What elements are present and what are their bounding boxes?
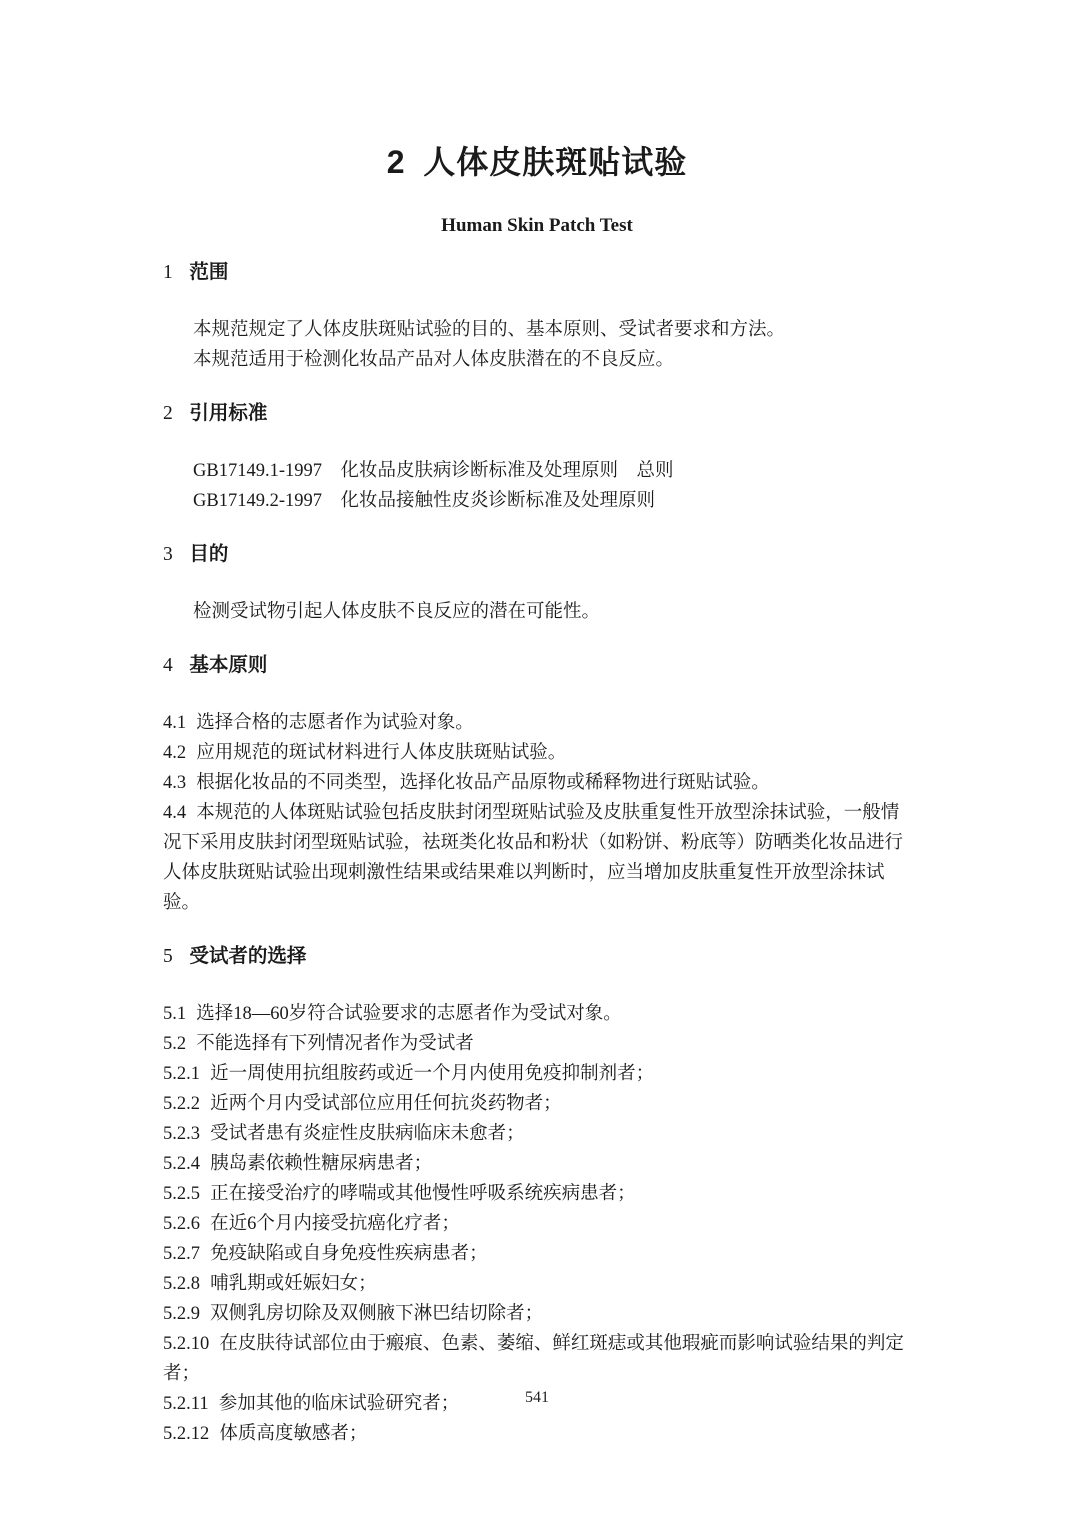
- section-number: 3: [163, 544, 173, 565]
- clause-text: 不能选择有下列情况者作为受试者: [196, 1034, 474, 1054]
- document-content: 2人体皮肤斑贴试验 Human Skin Patch Test 1范围 本规范规…: [0, 0, 1074, 1449]
- clause-number: 4.3: [163, 773, 186, 793]
- clause-4-3: 4.3根据化妆品的不同类型，选择化妆品产品原物或稀释物进行斑贴试验。: [163, 768, 911, 798]
- clause-number: 5.2.9: [163, 1304, 200, 1324]
- clause-text: 选择18—60岁符合试验要求的志愿者作为受试对象。: [196, 1004, 622, 1024]
- section-scope: 1范围 本规范规定了人体皮肤斑贴试验的目的、基本原则、受试者要求和方法。 本规范…: [163, 260, 911, 375]
- clause-number: 5.2.4: [163, 1154, 200, 1174]
- clause-number: 5.2.8: [163, 1274, 200, 1294]
- clause-text: 受试者患有炎症性皮肤病临床未愈者；: [210, 1124, 525, 1144]
- paragraph: 检测受试物引起人体皮肤不良反应的潜在可能性。: [163, 597, 911, 627]
- clause-5-2-10: 5.2.10在皮肤待试部位由于瘢痕、色素、萎缩、鲜红斑痣或其他瑕疵而影响试验结果…: [163, 1329, 911, 1389]
- document-title-number: 2: [387, 144, 406, 180]
- section-heading-text: 基本原则: [189, 654, 267, 676]
- clause-number: 5.2.7: [163, 1244, 200, 1264]
- clause-number: 5.2.12: [163, 1424, 209, 1444]
- clause-number: 5.2.3: [163, 1124, 200, 1144]
- section-references: 2引用标准 GB17149.1-1997 化妆品皮肤病诊断标准及处理原则 总则 …: [163, 401, 911, 516]
- section-4-heading: 4基本原则: [163, 653, 911, 678]
- clause-text: 哺乳期或妊娠妇女；: [210, 1274, 377, 1294]
- clause-text: 根据化妆品的不同类型，选择化妆品产品原物或稀释物进行斑贴试验。: [196, 773, 770, 793]
- clause-5-2-2: 5.2.2近两个月内受试部位应用任何抗炎药物者；: [163, 1089, 911, 1119]
- section-number: 2: [163, 403, 173, 424]
- clause-text: 在近6个月内接受抗癌化疗者；: [210, 1214, 460, 1234]
- clause-5-2-7: 5.2.7免疫缺陷或自身免疫性疾病患者；: [163, 1239, 911, 1269]
- section-3-heading: 3目的: [163, 542, 911, 567]
- clause-5-2-8: 5.2.8哺乳期或妊娠妇女；: [163, 1269, 911, 1299]
- clause-4-1: 4.1选择合格的志愿者作为试验对象。: [163, 708, 911, 738]
- clause-text: 本规范的人体斑贴试验包括皮肤封闭型斑贴试验及皮肤重复性开放型涂抹试验，一般情况下…: [163, 803, 903, 913]
- clause-5-1: 5.1选择18—60岁符合试验要求的志愿者作为受试对象。: [163, 999, 911, 1029]
- section-number: 1: [163, 262, 173, 283]
- page-number: 541: [0, 1388, 1074, 1408]
- section-1-heading: 1范围: [163, 260, 911, 285]
- section-heading-text: 目的: [189, 543, 228, 565]
- clause-number: 5.2.10: [163, 1334, 209, 1354]
- document-subtitle-english: Human Skin Patch Test: [163, 213, 911, 238]
- clause-5-2: 5.2不能选择有下列情况者作为受试者: [163, 1029, 911, 1059]
- clause-number: 5.2.5: [163, 1184, 200, 1204]
- clause-5-2-12: 5.2.12体质高度敏感者；: [163, 1419, 911, 1449]
- clause-5-2-1: 5.2.1近一周使用抗组胺药或近一个月内使用免疫抑制剂者；: [163, 1059, 911, 1089]
- clause-number: 5.2: [163, 1034, 186, 1054]
- section-subject-selection: 5受试者的选择 5.1选择18—60岁符合试验要求的志愿者作为受试对象。 5.2…: [163, 944, 911, 1449]
- clause-number: 5.2.2: [163, 1094, 200, 1114]
- clause-5-2-3: 5.2.3受试者患有炎症性皮肤病临床未愈者；: [163, 1119, 911, 1149]
- paragraph: 本规范适用于检测化妆品产品对人体皮肤潜在的不良反应。: [163, 345, 911, 375]
- clause-text: 近两个月内受试部位应用任何抗炎药物者；: [210, 1094, 562, 1114]
- clause-5-2-6: 5.2.6在近6个月内接受抗癌化疗者；: [163, 1209, 911, 1239]
- document-title: 2人体皮肤斑贴试验: [163, 143, 911, 181]
- section-5-heading: 5受试者的选择: [163, 944, 911, 969]
- reference-standard: GB17149.1-1997 化妆品皮肤病诊断标准及处理原则 总则: [163, 456, 911, 486]
- clause-number: 4.2: [163, 743, 186, 763]
- clause-5-2-5: 5.2.5正在接受治疗的哮喘或其他慢性呼吸系统疾病患者；: [163, 1179, 911, 1209]
- clause-text: 胰岛素依赖性糖尿病患者；: [210, 1154, 432, 1174]
- document-title-text: 人体皮肤斑贴试验: [423, 144, 687, 180]
- clause-text: 选择合格的志愿者作为试验对象。: [196, 713, 474, 733]
- clause-text: 免疫缺陷或自身免疫性疾病患者；: [210, 1244, 488, 1264]
- section-2-heading: 2引用标准: [163, 401, 911, 426]
- clause-number: 5.2.1: [163, 1064, 200, 1084]
- clause-text: 在皮肤待试部位由于瘢痕、色素、萎缩、鲜红斑痣或其他瑕疵而影响试验结果的判定者；: [163, 1334, 904, 1384]
- clause-number: 5.2.6: [163, 1214, 200, 1234]
- reference-standard: GB17149.2-1997 化妆品接触性皮炎诊断标准及处理原则: [163, 486, 911, 516]
- clause-text: 近一周使用抗组胺药或近一个月内使用免疫抑制剂者；: [210, 1064, 654, 1084]
- section-heading-text: 引用标准: [189, 402, 267, 424]
- section-heading-text: 受试者的选择: [189, 945, 306, 967]
- section-number: 5: [163, 946, 173, 967]
- document-page: 2人体皮肤斑贴试验 Human Skin Patch Test 1范围 本规范规…: [0, 0, 1074, 1520]
- section-purpose: 3目的 检测受试物引起人体皮肤不良反应的潜在可能性。: [163, 542, 911, 627]
- clause-text: 体质高度敏感者；: [219, 1424, 367, 1444]
- clause-4-4: 4.4本规范的人体斑贴试验包括皮肤封闭型斑贴试验及皮肤重复性开放型涂抹试验，一般…: [163, 798, 911, 918]
- section-number: 4: [163, 655, 173, 676]
- clause-5-2-4: 5.2.4胰岛素依赖性糖尿病患者；: [163, 1149, 911, 1179]
- paragraph: 本规范规定了人体皮肤斑贴试验的目的、基本原则、受试者要求和方法。: [163, 315, 911, 345]
- clause-number: 4.1: [163, 713, 186, 733]
- section-heading-text: 范围: [189, 261, 228, 283]
- clause-number: 4.4: [163, 803, 186, 823]
- clause-text: 正在接受治疗的哮喘或其他慢性呼吸系统疾病患者；: [210, 1184, 636, 1204]
- clause-text: 应用规范的斑试材料进行人体皮肤斑贴试验。: [196, 743, 566, 763]
- clause-number: 5.1: [163, 1004, 186, 1024]
- section-principles: 4基本原则 4.1选择合格的志愿者作为试验对象。 4.2应用规范的斑试材料进行人…: [163, 653, 911, 918]
- clause-5-2-9: 5.2.9双侧乳房切除及双侧腋下淋巴结切除者；: [163, 1299, 911, 1329]
- clause-text: 双侧乳房切除及双侧腋下淋巴结切除者；: [210, 1304, 543, 1324]
- clause-4-2: 4.2应用规范的斑试材料进行人体皮肤斑贴试验。: [163, 738, 911, 768]
